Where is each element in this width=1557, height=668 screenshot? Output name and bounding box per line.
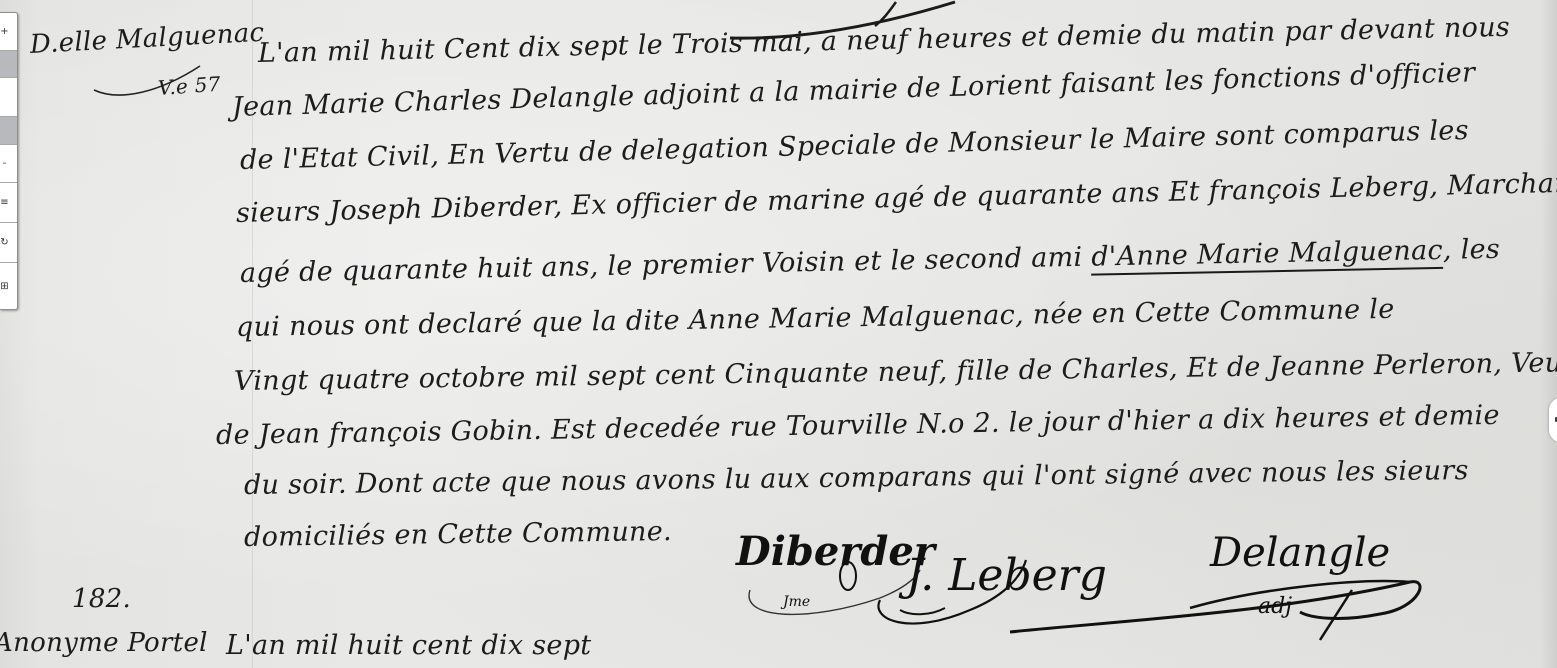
fit-width-button[interactable]	[0, 78, 17, 117]
zoom-out-button[interactable]	[0, 51, 17, 78]
minus-icon: -	[3, 158, 7, 169]
record-line-10: domiciliés en Cette Commune.	[244, 516, 672, 553]
plus-icon: +	[0, 26, 8, 37]
record-line-3: de l'Etat Civil, En Vertu de delegation …	[240, 115, 1470, 176]
record-line-5-suffix: , les	[1443, 234, 1501, 266]
rotate-button[interactable]: -	[0, 145, 17, 183]
record-line-5: agé de quarante huit ans, le premier Voi…	[240, 234, 1501, 289]
adjust-button[interactable]: ≡	[0, 183, 17, 223]
signature-delangle-paraph	[980, 560, 1430, 668]
document-scan[interactable]: D.elle Malguenac V.e 57 L'an mil huit Ce…	[0, 0, 1557, 668]
record-line-5-text: agé de quarante huit ans, le premier Voi…	[240, 242, 1083, 289]
grid-icon: ⊞	[0, 281, 8, 292]
next-record-first-line: L'an mil huit cent dix sept	[226, 630, 591, 661]
record-number: 182.	[72, 584, 131, 614]
signature-diberder-sub: Jme	[783, 594, 810, 610]
refresh-icon: ↻	[0, 237, 8, 248]
viewer-toolbar: + - ≡ ↻ ⊞	[0, 12, 18, 310]
record-line-9: du soir. Dont acte que nous avons lu aux…	[244, 455, 1469, 501]
margin-entry-title: D.elle Malguenac	[29, 18, 265, 60]
fit-page-button[interactable]	[0, 117, 17, 145]
fullscreen-button[interactable]: ⊞	[0, 263, 17, 309]
next-page-handle[interactable]	[1549, 398, 1557, 442]
next-record-margin-name: Anonyme Portel	[0, 628, 208, 658]
record-line-8: de Jean françois Gobin. Est decedée rue …	[216, 400, 1500, 451]
reset-button[interactable]: ↻	[0, 223, 17, 263]
record-line-7: Vingt quatre octobre mil sept cent Cinqu…	[234, 347, 1557, 397]
signature-delangle-sub: adj	[1258, 594, 1292, 619]
zoom-in-button[interactable]: +	[0, 13, 17, 51]
record-line-4: sieurs Joseph Diberder, Ex officier de m…	[236, 167, 1557, 229]
settings-icon: ≡	[0, 197, 8, 208]
deceased-name-underlined: d'Anne Marie Malguenac	[1091, 235, 1443, 276]
record-line-6: qui nous ont declaré que la dite Anne Ma…	[236, 294, 1395, 343]
margin-entry-number: V.e 57	[157, 72, 221, 100]
record-line-2: Jean Marie Charles Delangle adjoint a la…	[232, 57, 1476, 123]
